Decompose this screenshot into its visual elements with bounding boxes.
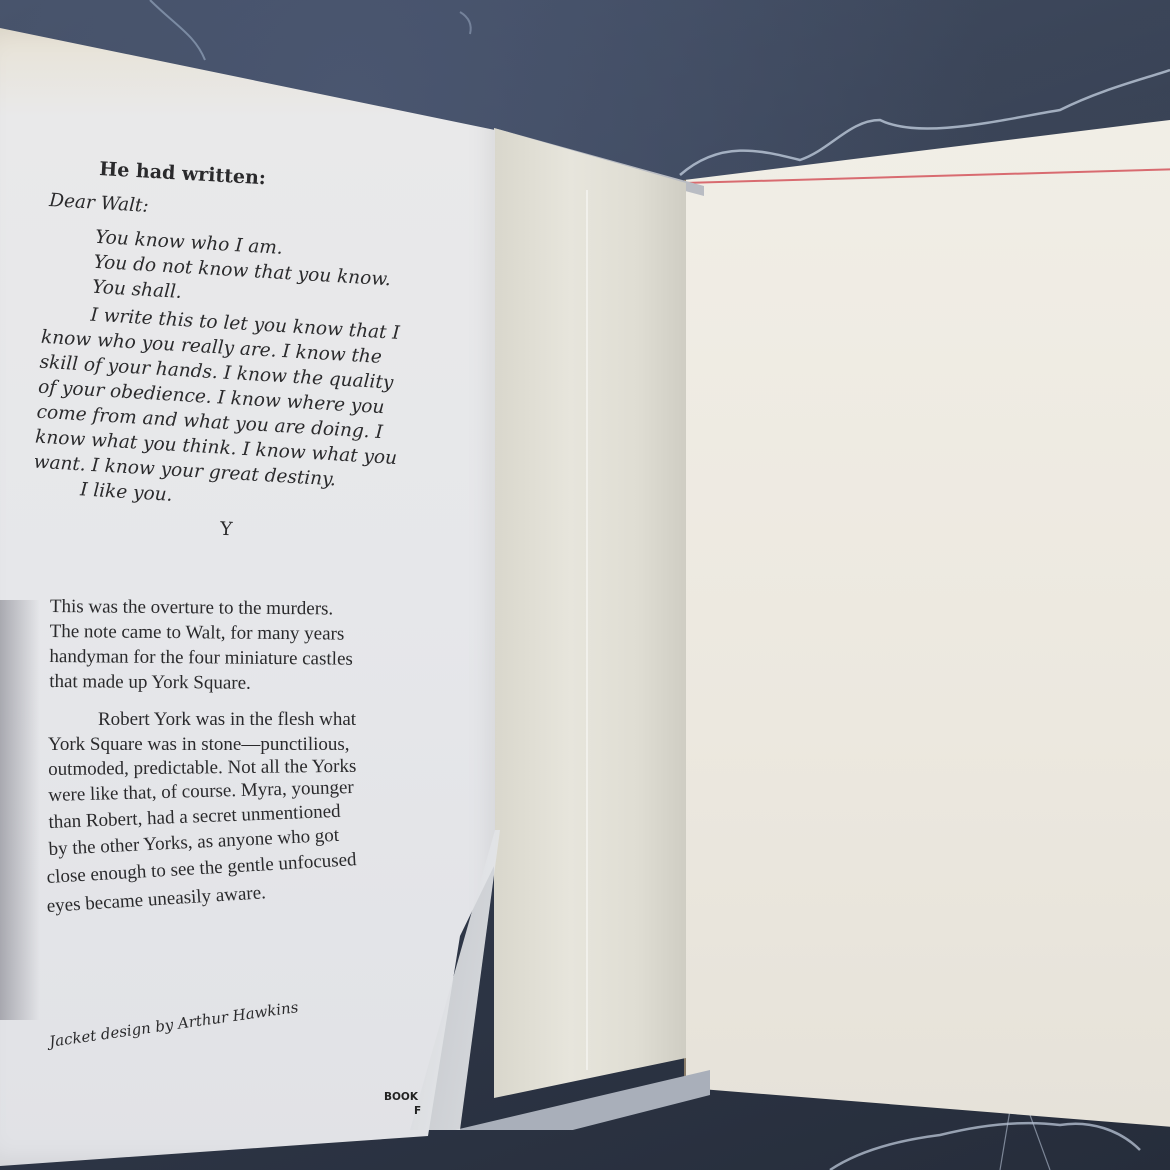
letter-block: Dear Walt: You know who I am. You do not…: [29, 188, 430, 570]
body-line: The note came to Walt, for many years: [50, 619, 345, 647]
letter-salutation: Dear Walt:: [48, 188, 149, 219]
publisher-mark: BOOK F: [384, 1090, 421, 1118]
letter-line: I like you.: [79, 477, 173, 508]
body-line: that made up York Square.: [49, 669, 251, 696]
body-line: This was the overture to the murders.: [50, 594, 334, 622]
thumb-shadow: [0, 600, 40, 1020]
body-line: handyman for the four miniature castles: [49, 644, 353, 672]
publisher-mark-line-1: BOOK: [384, 1090, 421, 1104]
letter-signature: Y: [219, 517, 233, 543]
letter-line: You shall.: [91, 275, 182, 306]
body-line: Robert York was in the flesh what: [98, 707, 356, 733]
publisher-mark-line-2: F: [384, 1104, 421, 1118]
book-spine-gutter: [494, 128, 686, 1128]
gutter-crease: [586, 190, 588, 1070]
right-endpaper: [684, 118, 1170, 1128]
